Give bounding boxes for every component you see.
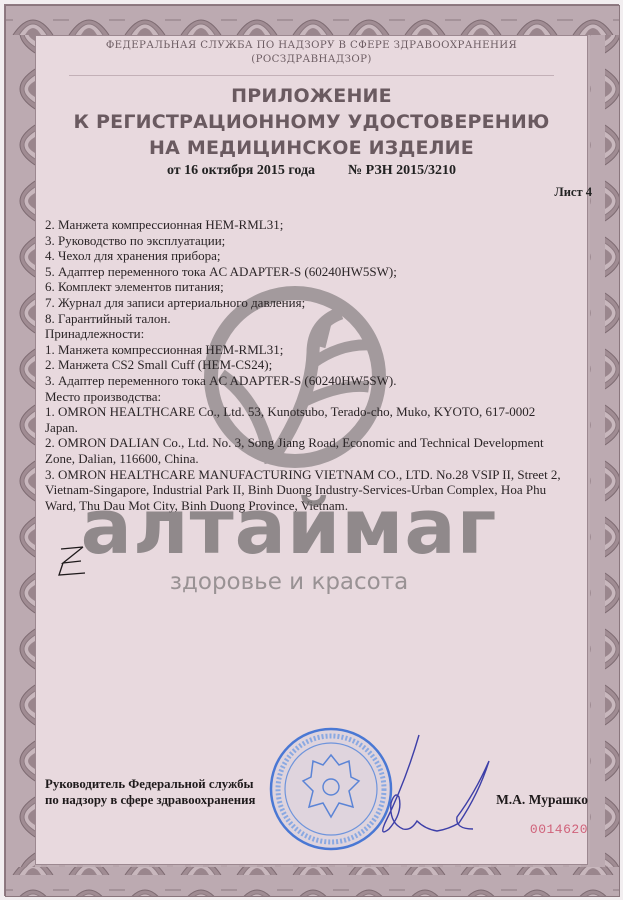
agency-header: ФЕДЕРАЛЬНАЯ СЛУЖБА ПО НАДЗОРУ В СФЕРЕ ЗД… [5,39,618,67]
title-line-3: НА МЕДИЦИНСКОЕ ИЗДЕЛИЕ [5,135,618,161]
registration-line: от 16 октября 2015 года № РЗН 2015/3210 [5,163,618,179]
component-item: 2. Манжета компрессионная HEM-RML31; [45,217,565,233]
sheet-number: Лист 4 [554,185,592,200]
title-line-2: К РЕГИСТРАЦИОННОМУ УДОСТОВЕРЕНИЮ [5,109,618,135]
component-item: 6. Комплект элементов питания; [45,279,565,295]
registration-date: от 16 октября 2015 года [167,163,315,178]
watermark-tagline: здоровье и красота [39,569,539,595]
header-divider [69,75,554,76]
component-item: 5. Адаптер переменного тока AC ADAPTER-S… [45,264,565,280]
component-item: 3. Руководство по эксплуатации; [45,233,565,249]
accessory-item: 1. Манжета компрессионная HEM-RML31; [45,342,565,358]
signer-name: М.А. Мурашко [496,792,588,808]
registration-number: № РЗН 2015/3210 [348,163,456,178]
production-heading: Место производства: [45,389,565,405]
accessory-item: 3. Адаптер переменного тока AC ADAPTER-S… [45,373,565,389]
signer-title: Руководитель Федеральной службы по надзо… [45,776,255,808]
production-site: 1. OMRON HEALTHCARE Co., Ltd. 53, Kunots… [45,404,565,435]
signer-title-line-1: Руководитель Федеральной службы [45,776,255,792]
production-site: 2. OMRON DALIAN Co., Ltd. No. 3, Song Ji… [45,435,565,466]
document-title: ПРИЛОЖЕНИЕ К РЕГИСТРАЦИОННОМУ УДОСТОВЕРЕ… [5,83,618,161]
component-item: 7. Журнал для записи артериального давле… [45,295,565,311]
agency-name: ФЕДЕРАЛЬНАЯ СЛУЖБА ПО НАДЗОРУ В СФЕРЕ ЗД… [5,39,618,53]
serial-number: 0014620 [530,822,588,837]
certificate-sheet: ФЕДЕРАЛЬНАЯ СЛУЖБА ПО НАДЗОРУ В СФЕРЕ ЗД… [4,4,619,896]
title-line-1: ПРИЛОЖЕНИЕ [5,83,618,109]
accessories-heading: Принадлежности: [45,326,565,342]
component-item: 4. Чехол для хранения прибора; [45,248,565,264]
agency-abbreviation: (РОСЗДРАВНАДЗОР) [5,53,618,67]
handwritten-signature-icon [355,733,505,843]
signer-title-line-2: по надзору в сфере здравоохранения [45,792,255,808]
component-item: 8. Гарантийный талон. [45,311,565,327]
document-content: 2. Манжета компрессионная HEM-RML31; 3. … [45,217,565,513]
accessory-item: 2. Манжета CS2 Small Cuff (HEM-CS24); [45,357,565,373]
watermark-brand: алтаймаг [39,487,539,567]
